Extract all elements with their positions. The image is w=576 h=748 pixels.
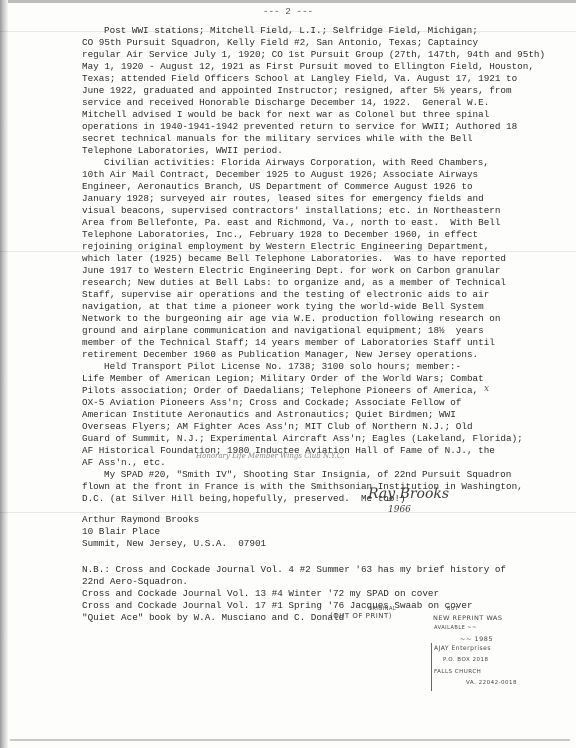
text-line: Network to the burgeoning air age via W.…	[82, 313, 500, 325]
note-line: "Quiet Ace" book by W.A. Musciano and C.…	[82, 612, 344, 624]
text-line: Texas; attended Field Officers School at…	[82, 73, 517, 85]
note-line: Cross and Cockade Journal Vol. 13 #4 Win…	[82, 588, 439, 600]
text-line: My SPAD #20, "Smith IV", Shooting Star I…	[104, 469, 511, 481]
text-line: CO 95th Pursuit Squadron, Kelly Field #2…	[82, 37, 478, 49]
text-line: member of the Technical Staff; 14 years …	[82, 337, 495, 349]
text-line: ground and airplane communication and na…	[82, 325, 484, 337]
text-line: rejoining original employment by Western…	[82, 241, 489, 253]
text-line: Telephone Laboratories, Inc., February 1…	[82, 229, 478, 241]
text-line: service and received Honorable Discharge…	[82, 97, 489, 109]
handwritten-reprint-line1: NEW REPRINT WAS	[433, 614, 502, 622]
address-street: 10 Blair Place	[82, 526, 160, 538]
publisher-line: AJAY Enterprises	[434, 645, 491, 652]
text-line: visual beacons, supervised contractors' …	[82, 205, 500, 217]
page-number: --- 2 ---	[0, 6, 576, 17]
text-line: Civilian activities: Florida Airways Cor…	[104, 157, 489, 169]
publisher-line: P.O. BOX 2018	[443, 657, 488, 663]
page-top-edge	[0, 0, 576, 3]
text-line: Overseas Flyers; AM Fighter Aces Ass'n; …	[82, 421, 473, 433]
text-line: navigation, at that time a pioneer work …	[82, 301, 484, 313]
text-line: May 1, 1920 - August 12, 1921 as First P…	[82, 61, 534, 73]
document-page: --- 2 --- Post WWI stations; Mitchell Fi…	[0, 0, 576, 748]
text-line: Area from Bellefonte, Pa. east and Richm…	[82, 217, 500, 229]
publisher-line: FALLS CHURCH	[434, 669, 481, 675]
page-left-edge	[0, 0, 8, 748]
text-line: 10th Air Mail Contract, December 1925 to…	[82, 169, 478, 181]
text-line: flown at the front in France is with the…	[82, 481, 523, 493]
text-line: AF Ass'n., etc.	[82, 457, 166, 469]
handwritten-wings-club-note: Honorary Life Member Wings Club N.Y.C.	[196, 452, 344, 460]
text-line: retirement December 1960 as Publication …	[82, 349, 478, 361]
handwritten-signature-year: 1966	[388, 505, 411, 515]
text-line: OX-5 Aviation Pioneers Ass'n; Cross and …	[82, 397, 461, 409]
text-line: operations in 1940-1941-1942 prevented r…	[82, 121, 517, 133]
text-line: Mitchell advised I would be back for nex…	[82, 109, 489, 121]
handwritten-reprint-line2: AVAILABLE ~~	[434, 625, 477, 631]
text-line: Engineer, Aeronautics Branch, US Departm…	[82, 181, 473, 193]
handwritten-insert-mark: x	[484, 384, 489, 394]
address-name: Arthur Raymond Brooks	[82, 514, 199, 526]
text-line: American Institute Aeronautics and Astro…	[82, 409, 456, 421]
text-line: Post WWI stations; Mitchell Field, L.I.;…	[104, 25, 478, 37]
text-line: January 1928; surveyed air routes, lease…	[82, 193, 484, 205]
text-line: D.C. (at Silver Hill being,hopefully, pr…	[82, 493, 406, 505]
text-line: research; New duties at Bell Labs: to or…	[82, 277, 506, 289]
text-line: secret technical manuals for the militar…	[82, 133, 473, 145]
note-line: N.B.: Cross and Cockade Journal Vol. 4 #…	[82, 564, 506, 576]
text-line: Staff, supervise air operations and the …	[82, 289, 489, 301]
text-line: regular Air Service July 1, 1920; CO 1st…	[82, 49, 545, 61]
handwritten-bracket	[431, 643, 432, 691]
handwritten-reprint-year: ~~ 1985	[460, 635, 493, 643]
handwritten-out-of-print: (OUT OF PRINT)	[330, 612, 392, 620]
text-line: which later (1925) became Bell Telephone…	[82, 253, 506, 265]
text-line: June 1922, graduated and appointed Instr…	[82, 85, 512, 97]
text-line: June 1917 to Western Electric Engineerin…	[82, 265, 500, 277]
fold-line	[0, 512, 576, 513]
text-line: Telephone Laboratories, WWII period.	[82, 145, 283, 157]
text-line: Life Member of American Legion; Military…	[82, 373, 484, 385]
address-city: Summit, New Jersey, U.S.A. 07901	[82, 538, 266, 550]
text-line: Held Transport Pilot License No. 1738; 3…	[104, 361, 461, 373]
text-line: Guard of Summit, N.J.; Experimental Airc…	[82, 433, 523, 445]
publisher-line: VA. 22042-0018	[466, 680, 517, 686]
text-line: Pilots association; Order of Daedalians;…	[82, 385, 478, 397]
note-line: 22nd Aero-Squadron.	[82, 576, 188, 588]
handwritten-but-label: BUT	[447, 606, 459, 612]
handwritten-signature: Ray Brooks	[368, 486, 449, 502]
page-bottom-edge	[10, 739, 570, 741]
note-line: Cross and Cockade Journal Vol. 17 #1 Spr…	[82, 600, 473, 612]
handwritten-original-label: ORIGINAL	[368, 606, 396, 612]
